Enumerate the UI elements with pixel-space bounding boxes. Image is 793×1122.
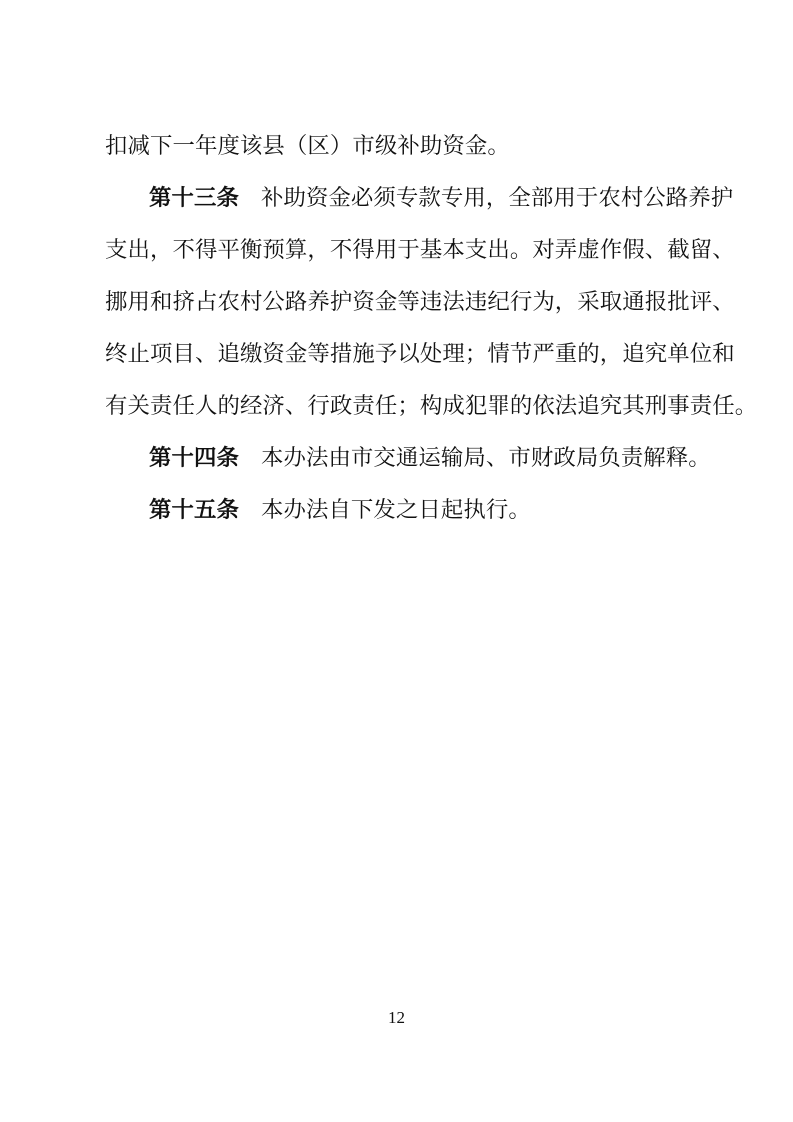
article-15: 第十五条本办法自下发之日起执行。 xyxy=(149,495,695,525)
paragraph-line: 支出，不得平衡预算，不得用于基本支出。对弄虚作假、截留、 xyxy=(105,235,695,265)
paragraph-line: 挪用和挤占农村公路养护资金等违法违纪行为，采取通报批评、 xyxy=(105,287,695,317)
article-heading: 第十四条 xyxy=(149,445,239,471)
document-page: 扣减下一年度该县（区）市级补助资金。 第十三条补助资金必须专款专用，全部用于农村… xyxy=(0,0,793,1122)
paragraph-line: 终止项目、追缴资金等措施予以处理；情节严重的，追究单位和 xyxy=(105,339,695,369)
line-text: 终止项目、追缴资金等措施予以处理；情节严重的，追究单位和 xyxy=(105,341,735,367)
line-text: 本办法由市交通运输局、市财政局负责解释。 xyxy=(261,445,711,471)
line-text: 本办法自下发之日起执行。 xyxy=(261,497,531,523)
article-13: 第十三条补助资金必须专款专用，全部用于农村公路养护 xyxy=(149,183,695,213)
line-text: 支出，不得平衡预算，不得用于基本支出。对弄虚作假、截留、 xyxy=(105,237,735,263)
article-heading: 第十三条 xyxy=(149,185,239,211)
article-14: 第十四条本办法由市交通运输局、市财政局负责解释。 xyxy=(149,443,695,473)
page-number: 12 xyxy=(0,1008,793,1028)
line-text: 扣减下一年度该县（区）市级补助资金。 xyxy=(105,133,510,159)
paragraph-line: 有关责任人的经济、行政责任；构成犯罪的依法追究其刑事责任。 xyxy=(105,391,695,421)
line-text: 挪用和挤占农村公路养护资金等违法违纪行为，采取通报批评、 xyxy=(105,289,735,315)
line-text: 有关责任人的经济、行政责任；构成犯罪的依法追究其刑事责任。 xyxy=(105,393,757,419)
paragraph-line: 扣减下一年度该县（区）市级补助资金。 xyxy=(105,131,695,161)
line-text: 补助资金必须专款专用，全部用于农村公路养护 xyxy=(261,185,733,211)
article-heading: 第十五条 xyxy=(149,497,239,523)
